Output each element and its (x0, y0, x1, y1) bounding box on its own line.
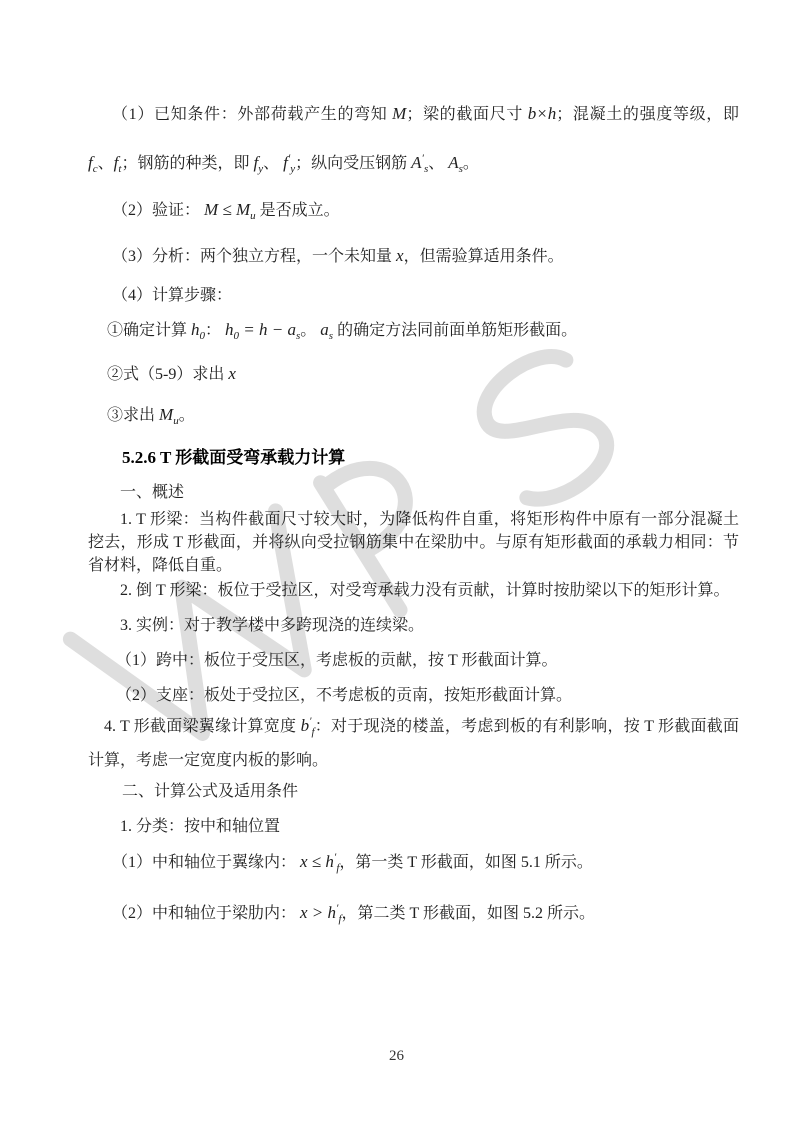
para-support: （2）支座：板处于受拉区，不考虑板的贡南，按矩形截面计算。 (88, 684, 739, 707)
document-page: （1）已知条件：外部荷载产生的弯知 M；梁的截面尺寸 b×h；混凝土的强度等级，… (0, 0, 793, 1122)
step-2: ②式（5-9）求出 x (88, 361, 739, 388)
para-known-conditions: （1）已知条件：外部荷载产生的弯知 M；梁的截面尺寸 b×h；混凝土的强度等级，… (88, 90, 739, 188)
subheading-overview: 一、概述 (88, 481, 739, 504)
document-body: （1）已知条件：外部荷载产生的弯知 M；梁的截面尺寸 b×h；混凝土的强度等级，… (88, 90, 739, 927)
para-flange-width: 4. T 形截面梁翼缘计算宽度 b′f：对于现浇的楼盖，考虑到板的有利影响，按 … (88, 709, 739, 778)
subheading-formulas: 二、计算公式及适用条件 (88, 780, 739, 803)
para-analysis: （3）分析：两个独立方程，一个未知量 x，但需验算适用条件。 (88, 244, 739, 269)
para-example: 3. 实例：对于教学楼中多跨现浇的连续梁。 (88, 614, 739, 637)
para-calc-steps: （4）计算步骤： (88, 284, 739, 307)
para-inverted-t-beam: 2. 倒 T 形梁：板位于受拉区，对受弯承载力没有贡献，计算时按肋梁以下的矩形计… (88, 579, 739, 602)
step-1: ①确定计算 h0： h0 = h − as。 as 的确定方法同前面单筋矩形截面… (88, 317, 739, 344)
section-heading-5-2-6: 5.2.6 T 形截面受弯承载力计算 (88, 446, 739, 470)
para-verify: （2）验证： M ≤ Mu 是否成立。 (88, 197, 739, 224)
para-classification: 1. 分类：按中和轴位置 (88, 815, 739, 838)
para-case-2: （2）中和轴位于梁肋内： x > h′f，第二类 T 形截面，如图 5.2 所示… (88, 899, 739, 927)
para-midspan: （1）跨中：板位于受压区，考虑板的贡献，按 T 形截面计算。 (88, 649, 739, 672)
para-case-1: （1）中和轴位于翼缘内： x ≤ h′f，第一类 T 形截面，如图 5.1 所示… (88, 848, 739, 876)
page-number: 26 (0, 1048, 793, 1065)
step-3: ③求出 Mu。 (88, 402, 739, 429)
para-t-beam: 1. T 形梁：当构件截面尺寸较大时，为降低构件自重，将矩形构件中原有一部分混凝… (88, 508, 739, 577)
